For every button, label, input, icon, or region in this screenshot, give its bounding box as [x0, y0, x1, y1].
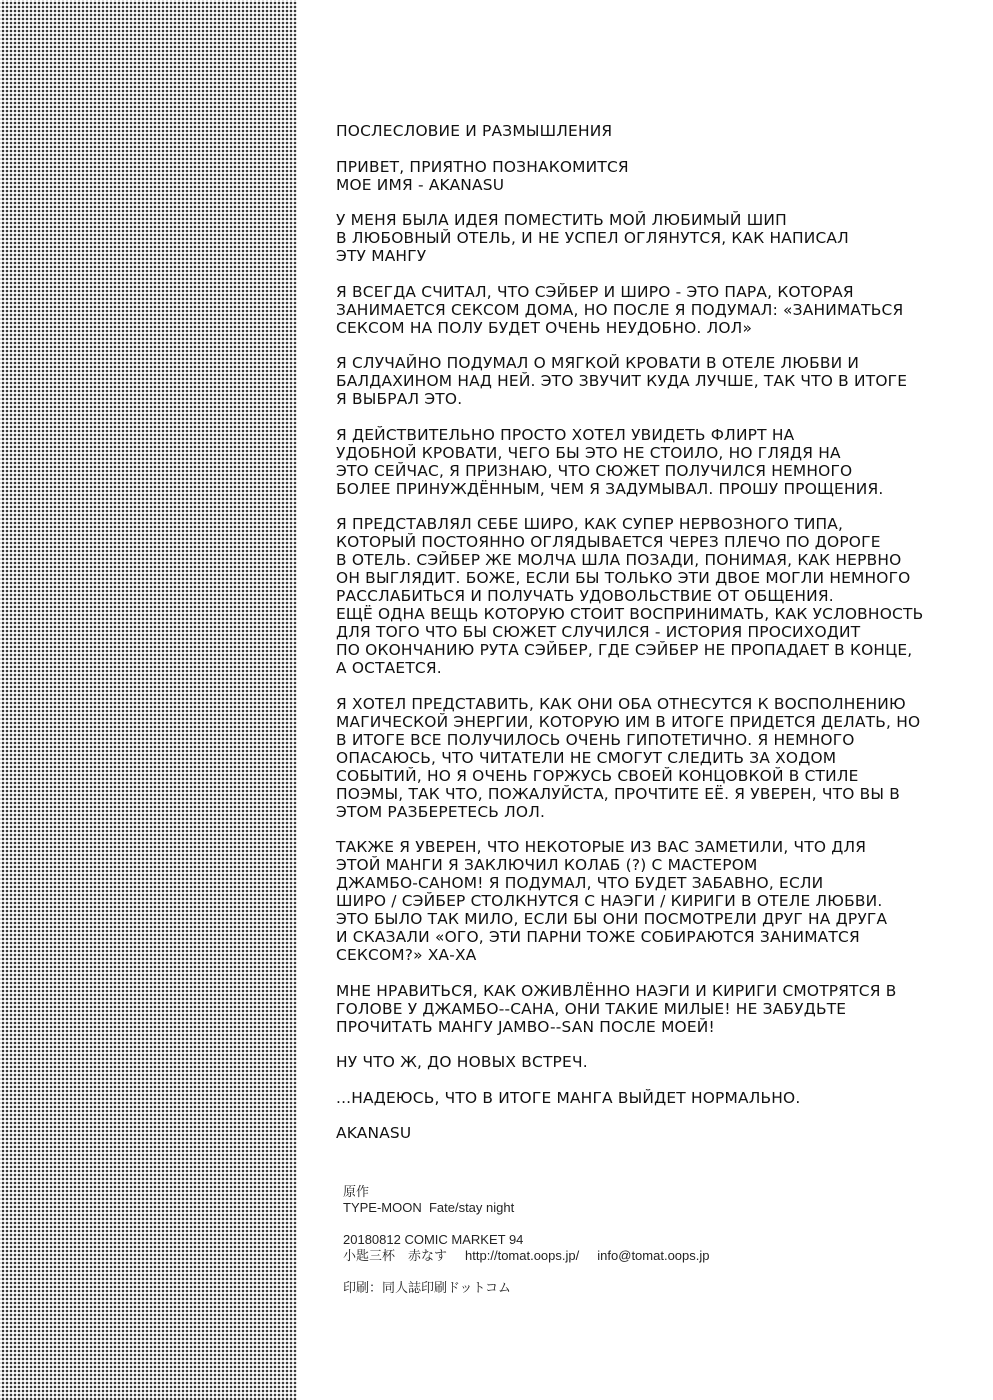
colophon-printer: 印刷：同人誌印刷ドットコム	[343, 1280, 803, 1296]
afterword-line: эту мангу	[336, 247, 976, 265]
afterword-line: этой манги я заключил колаб (?) с мастер…	[336, 856, 976, 874]
afterword-paragraph: Ну что ж, до новых встреч.	[336, 1053, 976, 1071]
afterword-line: Я представлял себе Широ, как супер нерво…	[336, 515, 976, 533]
afterword-line: голове у Джамбо--сана, они такие милые! …	[336, 1000, 976, 1018]
afterword-line: поэмы, так что, пожалуйста, прочтите её.…	[336, 785, 976, 803]
afterword-line: который постоянно оглядывается через пле…	[336, 533, 976, 551]
afterword-paragraph: Я случайно подумал о мягкой кровати в от…	[336, 354, 976, 408]
screentone-dot-pattern	[0, 0, 297, 1400]
afterword-text: Послесловие и размышления Привет, приятн…	[336, 122, 976, 1160]
afterword-paragraph: Я действительно просто хотел увидеть фли…	[336, 426, 976, 498]
afterword-line: Джамбо-саном! Я подумал, что будет забав…	[336, 874, 976, 892]
afterword-line: Широ / Сэйбер столкнутся с Наэги / Кириг…	[336, 892, 976, 910]
circle-contact-line: 小匙三杯 赤なす http://tomat.oops.jp/ info@toma…	[343, 1248, 803, 1264]
afterword-line: событий, но я очень горжусь своей концов…	[336, 767, 976, 785]
afterword-line: в отель. Сэйбер же молча шла позади, пон…	[336, 551, 976, 569]
afterword-line: в итоге все получилось очень гипотетично…	[336, 731, 976, 749]
afterword-line: сексом?» Ха-ха	[336, 946, 976, 964]
printer-credit: 印刷：同人誌印刷ドットコム	[343, 1280, 803, 1296]
afterword-line: в любовный отель, и не успел оглянутся, …	[336, 229, 976, 247]
afterword-paragraph: Akanasu	[336, 1124, 976, 1142]
afterword-line: это сейчас, я признаю, что сюжет получил…	[336, 462, 976, 480]
afterword-paragraph: Также я уверен, что некоторые из вас зам…	[336, 838, 976, 964]
afterword-line: по окончанию рута Сэйбер, где Сэйбер не …	[336, 641, 976, 659]
afterword-title: Послесловие и размышления	[336, 122, 976, 140]
afterword-line: расслабиться и получать удовольствие от …	[336, 587, 976, 605]
afterword-line: магической энергии, которую им в итоге п…	[336, 713, 976, 731]
afterword-paragraph: Привет, приятно познакомитсяМое имя - Ak…	[336, 158, 976, 194]
afterword-line: Это было так мило, если бы они посмотрел…	[336, 910, 976, 928]
original-work-title: TYPE-MOON Fate/stay night	[343, 1200, 803, 1216]
afterword-line: Мое имя - Akanasu	[336, 176, 976, 194]
afterword-line: Я случайно подумал о мягкой кровати в от…	[336, 354, 976, 372]
afterword-line: для того что бы сюжет случился - история…	[336, 623, 976, 641]
afterword-line: У меня была идея поместить мой любимый ш…	[336, 211, 976, 229]
afterword-paragraph: ...Надеюсь, что в итоге манга выйдет нор…	[336, 1089, 976, 1107]
afterword-line: ...Надеюсь, что в итоге манга выйдет нор…	[336, 1089, 976, 1107]
afterword-line: а остается.	[336, 659, 976, 677]
publication-event: 20180812 COMIC MARKET 94	[343, 1232, 803, 1248]
afterword-title-text: Послесловие и размышления	[336, 122, 976, 140]
afterword-line: Мне нравиться, как оживлённо Наэги и Кир…	[336, 982, 976, 1000]
afterword-line: Я всегда считал, что Сэйбер и Широ - это…	[336, 283, 976, 301]
afterword-line: Я действительно просто хотел увидеть фли…	[336, 426, 976, 444]
colophon-original-work: 原作 TYPE-MOON Fate/stay night	[343, 1184, 803, 1216]
colophon: 原作 TYPE-MOON Fate/stay night 20180812 CO…	[343, 1184, 803, 1312]
afterword-paragraph: Я представлял себе Широ, как супер нерво…	[336, 515, 976, 677]
afterword-line: удобной кровати, чего бы это не стоило, …	[336, 444, 976, 462]
afterword-line: Привет, приятно познакомится	[336, 158, 976, 176]
afterword-line: опасаюсь, что читатели не смогут следить…	[336, 749, 976, 767]
afterword-paragraph: У меня была идея поместить мой любимый ш…	[336, 211, 976, 265]
afterword-line: я выбрал это.	[336, 390, 976, 408]
colophon-publication: 20180812 COMIC MARKET 94 小匙三杯 赤なす http:/…	[343, 1232, 803, 1264]
afterword-line: Akanasu	[336, 1124, 976, 1142]
afterword-line: сексом на полу будет очень неудобно. лол…	[336, 319, 976, 337]
afterword-line: Ещё одна вещь которую стоит воспринимать…	[336, 605, 976, 623]
afterword-line: Ну что ж, до новых встреч.	[336, 1053, 976, 1071]
afterword-line: и сказали «Ого, эти парни тоже собираютс…	[336, 928, 976, 946]
afterword-line: Я хотел представить, как они оба отнесут…	[336, 695, 976, 713]
afterword-line: прочитать мангу Jambo--san после моей!	[336, 1018, 976, 1036]
afterword-paragraph: Я всегда считал, что Сэйбер и Широ - это…	[336, 283, 976, 337]
afterword-line: более принуждённым, чем я задумывал. Про…	[336, 480, 976, 498]
afterword-line: занимается сексом дома, но после я подум…	[336, 301, 976, 319]
afterword-line: балдахином над ней. Это звучит куда лучш…	[336, 372, 976, 390]
afterword-line: Также я уверен, что некоторые из вас зам…	[336, 838, 976, 856]
afterword-paragraph: Мне нравиться, как оживлённо Наэги и Кир…	[336, 982, 976, 1036]
original-work-label: 原作	[343, 1184, 803, 1200]
afterword-paragraphs: Привет, приятно познакомитсяМое имя - Ak…	[336, 158, 976, 1143]
afterword-paragraph: Я хотел представить, как они оба отнесут…	[336, 695, 976, 821]
afterword-line: этом разберетесь лол.	[336, 803, 976, 821]
afterword-line: он выглядит. Боже, если бы только эти дв…	[336, 569, 976, 587]
